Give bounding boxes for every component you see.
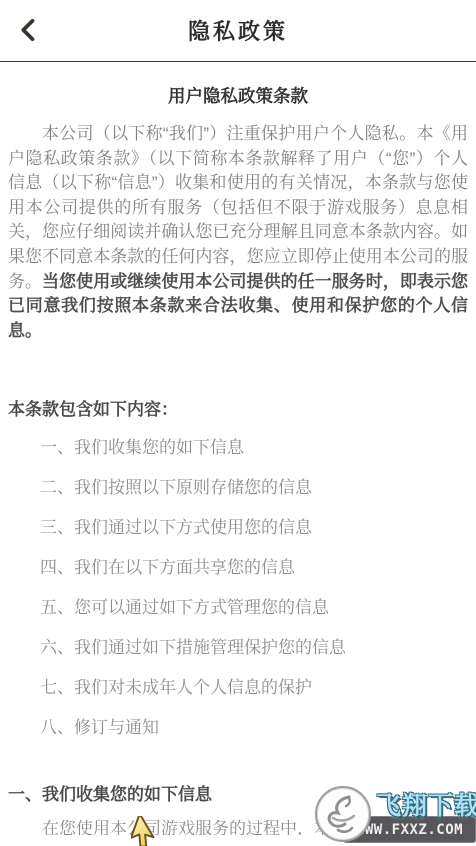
policy-content-scroll-area[interactable]: 用户隐私政策条款 本公司（以下称“我们”）注重保护用户个人隐私。本《用户隐私政策… [0,83,476,835]
toc-item-7: 七、我们对未成年人个人信息的保护 [40,679,468,696]
privacy-policy-page: { "header": { "title": "隐私政策", "back_ico… [0,0,476,846]
toc-item-1: 一、我们收集您的如下信息 [40,439,468,456]
toc-item-4: 四、我们在以下方面共享您的信息 [40,559,468,576]
chevron-left-icon [15,15,45,48]
toc-heading: 本条款包含如下内容： [8,395,468,420]
header-bar: 隐私政策 [0,0,476,62]
fxxz-watermark: WWW.FXXZ.COM 飞翔下载 [313,784,476,846]
toc-list: 一、我们收集您的如下信息 二、我们按照以下原则存储您的信息 三、我们通过以下方式… [8,439,468,736]
intro-text-bold: 当您使用或继续使用本公司提供的任一服务时，即表示您已同意我们按照本条款来合法收集… [8,272,468,340]
intro-text-normal: 本公司（以下称“我们”）注重保护用户个人隐私。本《用户隐私政策条款》（以下简称本… [8,124,468,291]
toc-item-2: 二、我们按照以下原则存储您的信息 [40,479,468,496]
back-button[interactable] [10,11,50,51]
toc-item-5: 五、您可以通过如下方式管理您的信息 [40,599,468,616]
toc-item-3: 三、我们通过以下方式使用您的信息 [40,519,468,536]
page-title: 隐私政策 [188,15,288,46]
yellow-arrow-cursor-icon [131,816,167,846]
fxxz-bird-logo-icon [315,786,371,842]
toc-item-8: 八、修订与通知 [40,719,468,736]
document-title: 用户隐私政策条款 [8,83,468,108]
toc-item-6: 六、我们通过如下措施管理保护您的信息 [40,639,468,656]
intro-paragraph: 本公司（以下称“我们”）注重保护用户个人隐私。本《用户隐私政策条款》（以下简称本… [8,122,468,343]
watermark-site-name: 飞翔下载 [376,786,476,822]
